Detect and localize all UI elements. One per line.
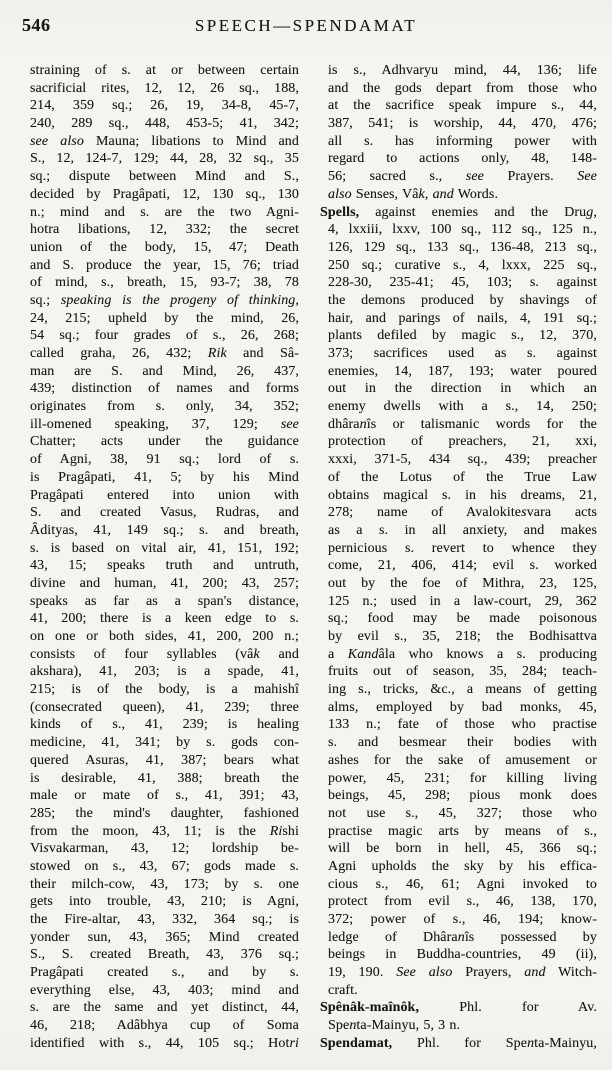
index-line: and S. produce the year, 15, 76; triad xyxy=(22,257,299,275)
index-line: s. is based on vital air, 41, 151, 192; xyxy=(22,540,299,558)
index-line: 126, 129 sq., 133 sq., 136-48, 213 sq., xyxy=(320,239,597,257)
index-line: ashes for the sake of amusement or xyxy=(320,752,597,770)
index-line: hair, and parings of nails, 4, 191 sq.; xyxy=(320,310,597,328)
book-page-scan: 546 SPEECH—SPENDAMAT straining of s. at … xyxy=(0,0,612,1070)
index-line: at the sacrifice speak impure s., 44, xyxy=(320,97,597,115)
index-line: and the gods depart from those who xyxy=(320,80,597,98)
index-line: 24, 215; upheld by the mind, 26, xyxy=(22,310,299,328)
index-line: beings in Buddha-countries, 49 (ii), xyxy=(320,946,597,964)
index-line: power, 45, 231; for killing living xyxy=(320,770,597,788)
index-line: 43, 15; speaks truth and untruth, xyxy=(22,557,299,575)
index-line: 228-30, 235-41; 45, 103; s. against xyxy=(320,274,597,292)
index-line: by evil s., 35, 218; the Bodhisattva xyxy=(320,628,597,646)
index-line: speaks as far as a span's distance, xyxy=(22,593,299,611)
index-line: their milch-cow, 43, 173; by s. one xyxy=(22,876,299,894)
index-line: of Agni, 38, 91 sq.; lord of s. xyxy=(22,451,299,469)
index-line: pernicious s. revert to whence they xyxy=(320,540,597,558)
index-line: 285; the mind's daughter, fashioned xyxy=(22,805,299,823)
index-text-columns: straining of s. at or between certainsac… xyxy=(22,62,597,1053)
index-line: 373; sacrifices used as s. against xyxy=(320,345,597,363)
index-line: male or mate of s., 41, 391; 43, xyxy=(22,787,299,805)
index-line: identified with s., 44, 105 sq.; Hotri xyxy=(22,1035,299,1053)
index-line: 125 n.; used in a law-court, 29, 362 xyxy=(320,593,597,611)
index-line: kinds of s., 41, 239; is healing xyxy=(22,716,299,734)
index-line: n.; mind and s. are the two Agni- xyxy=(22,204,299,222)
index-line: enemies, 14, 187, 193; water poured xyxy=(320,363,597,381)
index-line: out by the foe of Mithra, 23, 125, xyxy=(320,575,597,593)
index-line: of the Lotus of the True Law xyxy=(320,469,597,487)
index-column-left: straining of s. at or between certainsac… xyxy=(22,62,299,1053)
index-line: quered Asuras, 41, 387; bears what xyxy=(22,752,299,770)
index-line: S. and created Vasus, Rudras, and xyxy=(22,504,299,522)
index-line: out in the direction in which an xyxy=(320,380,597,398)
index-line: 41, 200; there is a keen edge to s. xyxy=(22,610,299,628)
index-line: divine and human, 41, 200; 43, 257; xyxy=(22,575,299,593)
index-line: xxxi, 371-5, 434 sq., 439; preacher xyxy=(320,451,597,469)
index-line: craft. xyxy=(320,982,597,1000)
index-line: 56; sacred s., see Prayers. See xyxy=(320,168,597,186)
index-entry-head-line: Spells, against enemies and the Drug, xyxy=(320,204,597,222)
index-line: 387, 541; is worship, 44, 470, 476; xyxy=(320,115,597,133)
index-line: Visvakarman, 43, 12; lordship be- xyxy=(22,840,299,858)
index-line: 19, 190. See also Prayers, and Witch- xyxy=(320,964,597,982)
index-line: regard to actions only, 48, 148- xyxy=(320,150,597,168)
index-line: s. are the same and yet distinct, 44, xyxy=(22,999,299,1017)
index-line: from the moon, 43, 11; is the Rishi xyxy=(22,823,299,841)
index-line: 240, 289 sq., 448, 453-5; 41, 342; xyxy=(22,115,299,133)
index-line: all s. has informing power with xyxy=(320,133,597,151)
index-line: as a s. in all anxiety, and makes xyxy=(320,522,597,540)
index-line: S., S. created Breath, 43, 376 sq.; xyxy=(22,946,299,964)
index-line: straining of s. at or between certain xyxy=(22,62,299,80)
index-line: also Senses, Vâk, and Words. xyxy=(320,186,597,204)
index-line: is Pragâpati, 41, 5; by his Mind xyxy=(22,469,299,487)
index-line: Âdityas, 41, 149 sq.; s. and breath, xyxy=(22,522,299,540)
index-line: yonder sun, 43, 365; Mind created xyxy=(22,929,299,947)
index-line: a Kandâla who knows a s. producing xyxy=(320,646,597,664)
index-line: Spenta-Mainyu, 5, 3 n. xyxy=(320,1017,597,1035)
index-line: 214, 359 sq.; 26, 19, 34-8, 45-7, xyxy=(22,97,299,115)
index-line: come, 21, 406, 414; evil s. worked xyxy=(320,557,597,575)
index-line: gets into trouble, 43, 210; is Agni, xyxy=(22,893,299,911)
index-column-right: is s., Adhvaryu mind, 44, 136; lifeand t… xyxy=(320,62,597,1053)
index-line: on one or both sides, 41, 200, 200 n.; xyxy=(22,628,299,646)
index-line: union of the body, 15, 47; Death xyxy=(22,239,299,257)
index-line: 4, lxxiii, lxxv, 100 sq., 112 sq., 125 n… xyxy=(320,221,597,239)
index-line: ing s., tricks, &c., a means of getting xyxy=(320,681,597,699)
index-line: s. and besmear their bodies with xyxy=(320,734,597,752)
index-line: the demons produced by shavings of xyxy=(320,292,597,310)
index-line: S., 12, 124-7, 129; 44, 28, 32 sq., 35 xyxy=(22,150,299,168)
index-line: 133 n.; fate of those who practise xyxy=(320,716,597,734)
index-line: decided by Pragâpati, 12, 130 sq., 130 xyxy=(22,186,299,204)
index-line: ledge of Dhâranîs possessed by xyxy=(320,929,597,947)
index-line: ill-omened speaking, 37, 129; see xyxy=(22,416,299,434)
index-line: practise magic arts by means of s., xyxy=(320,823,597,841)
index-line: Pragâpati entered into union with xyxy=(22,487,299,505)
index-line: obtains magical s. in his dreams, 21, xyxy=(320,487,597,505)
index-line: man are S. and Mind, 26, 437, xyxy=(22,363,299,381)
index-line: plants defiled by magic s., 12, 370, xyxy=(320,327,597,345)
index-line: enemy dwells with a s., 14, 250; xyxy=(320,398,597,416)
index-entry-head-line: Spênâk-maînôk, Phl. for Av. xyxy=(320,999,597,1017)
index-line: medicine, 41, 341; by s. gods con- xyxy=(22,734,299,752)
index-line: of mind, s., breath, 15, 93-7; 38, 78 xyxy=(22,274,299,292)
index-line: the Fire-altar, 43, 332, 364 sq.; is xyxy=(22,911,299,929)
index-line: 372; power of s., 46, 194; know- xyxy=(320,911,597,929)
index-line: cious s., 46, 61; Agni invoked to xyxy=(320,876,597,894)
index-line: sq.; food may be made poisonous xyxy=(320,610,597,628)
index-line: called graha, 26, 432; Rik and Sâ- xyxy=(22,345,299,363)
index-line: Chatter; acts under the guidance xyxy=(22,433,299,451)
index-line: Pragâpati created s., and by s. xyxy=(22,964,299,982)
index-line: dhâranîs or talismanic words for the xyxy=(320,416,597,434)
index-line: akshara), 41, 203; is a spade, 41, xyxy=(22,663,299,681)
index-line: sq.; dispute between Mind and S., xyxy=(22,168,299,186)
running-head-title: SPEECH—SPENDAMAT xyxy=(0,16,612,36)
index-line: protection of preachers, 21, xxi, xyxy=(320,433,597,451)
index-entry-head-line: Spendamat, Phl. for Spenta-Mainyu, xyxy=(320,1035,597,1053)
index-line: 46, 218; Adâbhya cup of Soma xyxy=(22,1017,299,1035)
index-line: everything else, 43, 403; mind and xyxy=(22,982,299,1000)
index-line: hotra libations, 12, 332; the secret xyxy=(22,221,299,239)
index-line: Agni upholds the sky by his effica- xyxy=(320,858,597,876)
index-line: not use s., 45, 327; those who xyxy=(320,805,597,823)
index-line: fruits out of season, 35, 284; teach- xyxy=(320,663,597,681)
index-line: stowed on s., 43, 67; gods made s. xyxy=(22,858,299,876)
index-line: is desirable, 41, 388; breath the xyxy=(22,770,299,788)
index-line: alms, employed by bad monks, 45, xyxy=(320,699,597,717)
index-line: 250 sq.; curative s., 4, lxxx, 225 sq., xyxy=(320,257,597,275)
index-line: sacrificial rites, 12, 12, 26 sq., 188, xyxy=(22,80,299,98)
index-line: protect from evil s., 46, 138, 170, xyxy=(320,893,597,911)
index-line: (consecrated queen), 41, 239; three xyxy=(22,699,299,717)
index-line: see also Mauna; libations to Mind and xyxy=(22,133,299,151)
index-line: 215; is of the body, is a mahishî xyxy=(22,681,299,699)
index-line: originates from s. only, 34, 352; xyxy=(22,398,299,416)
index-line: 54 sq.; four grades of s., 26, 268; xyxy=(22,327,299,345)
index-line: will be born in hell, 45, 366 sq.; xyxy=(320,840,597,858)
index-line: consists of four syllables (vâk and xyxy=(22,646,299,664)
index-line: 439; distinction of names and forms xyxy=(22,380,299,398)
index-line: sq.; speaking is the progeny of thinking… xyxy=(22,292,299,310)
index-line: beings, 45, 298; pious monk does xyxy=(320,787,597,805)
index-line: is s., Adhvaryu mind, 44, 136; life xyxy=(320,62,597,80)
index-line: 278; name of Avalokitesvara acts xyxy=(320,504,597,522)
